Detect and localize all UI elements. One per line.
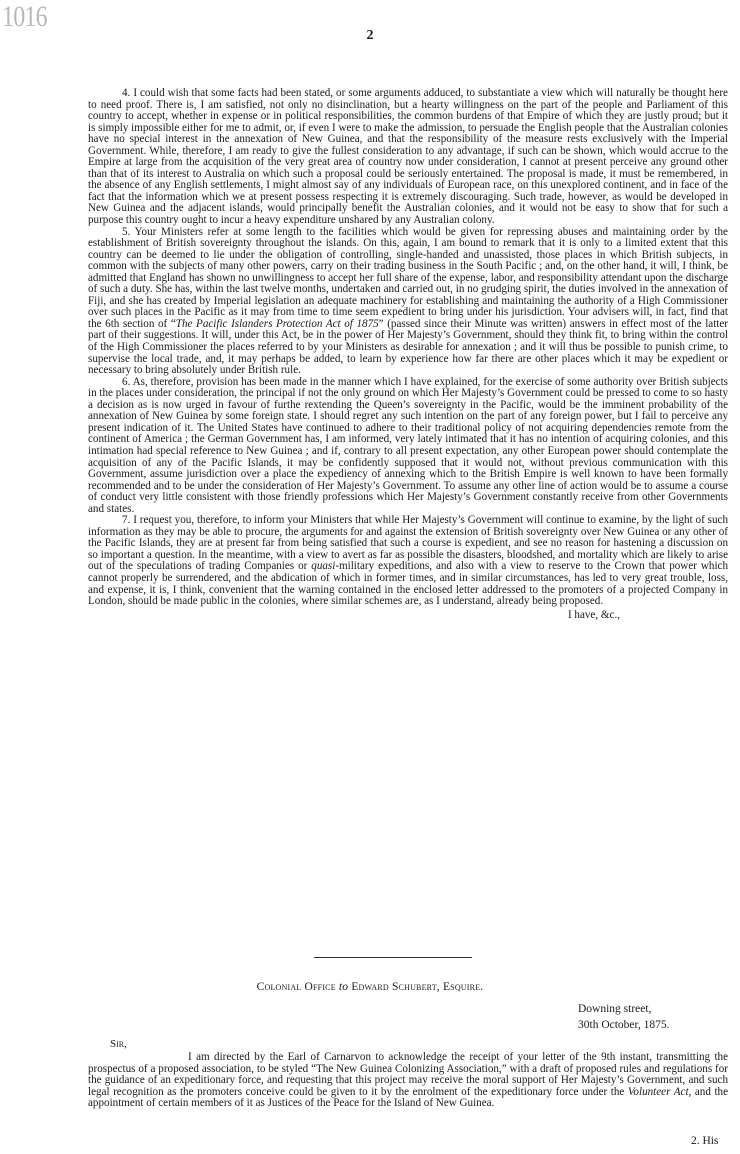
letter-heading: Colonial Office to Edward Schubert, Esqu… <box>0 981 740 993</box>
volunteer-act: Volunteer Act <box>628 1086 689 1098</box>
address-date: 30th October, 1875. <box>578 1017 670 1033</box>
signoff: I have, &c., <box>88 610 728 622</box>
section-divider <box>314 957 472 958</box>
paragraph-7: 7. I request you, therefore, to inform y… <box>88 515 728 607</box>
second-letter-body: I am directed by the Earl of Carnarvon t… <box>88 1052 728 1110</box>
paragraph-5: 5. Your Ministers refer at some length t… <box>88 227 728 377</box>
paragraph-4: 4. I could wish that some facts had been… <box>88 88 728 227</box>
paragraph-number: 7. <box>122 514 130 526</box>
letter-body: 4. I could wish that some facts had been… <box>88 88 728 621</box>
paragraph-number: 6. <box>122 376 130 388</box>
quasi-italic: quasi <box>311 560 335 572</box>
salutation: Sir, <box>110 1038 127 1050</box>
address-block: Downing street, 30th October, 1875. <box>578 1001 670 1033</box>
paragraph-6: 6. As, therefore, provision has been mad… <box>88 377 728 516</box>
paragraph-number: 4. <box>122 87 130 99</box>
paragraph-number: 5. <box>122 226 130 238</box>
address-street: Downing street, <box>578 1003 651 1015</box>
page-number: 2 <box>0 28 740 44</box>
catchword: 2. His <box>691 1135 718 1147</box>
act-title: The Pacific Islanders Protection Act of … <box>176 318 379 330</box>
